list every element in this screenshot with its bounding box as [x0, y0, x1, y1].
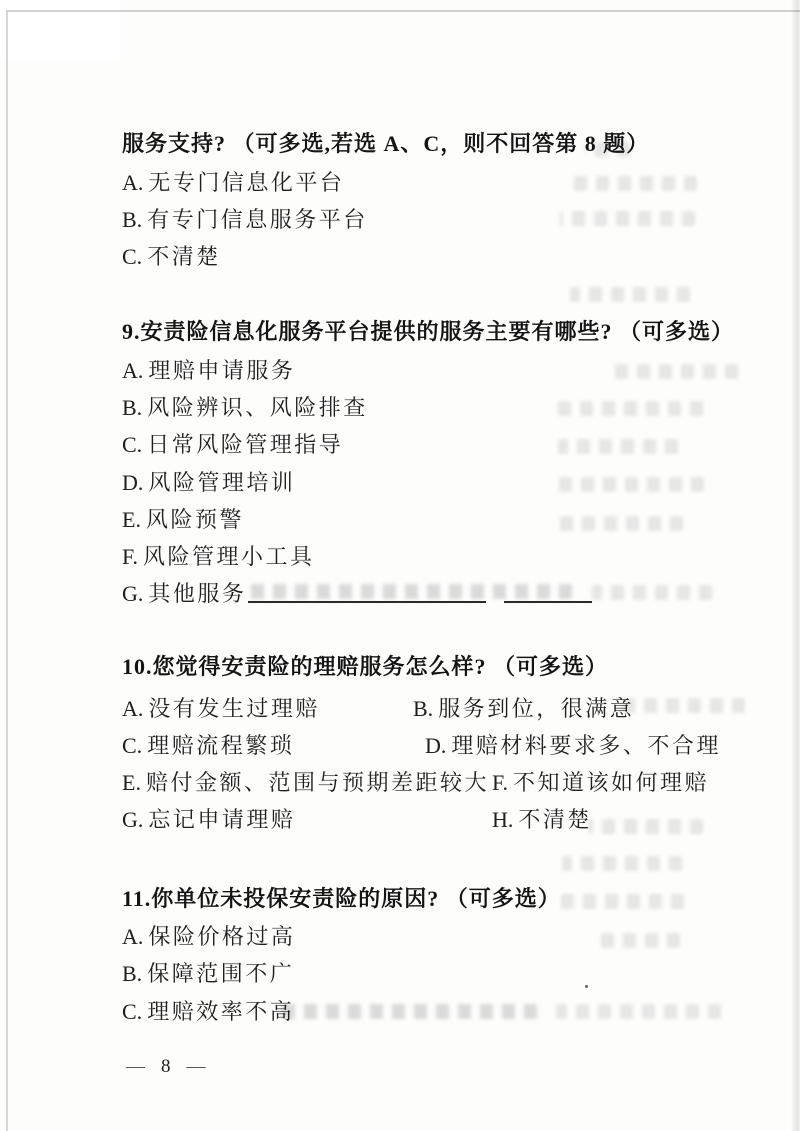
- option-label: B.: [413, 696, 433, 721]
- option-text: 风险管理小工具: [143, 544, 315, 569]
- q9-option-b: B.风险辨识、风险排查: [122, 395, 368, 420]
- option-label: C.: [122, 244, 142, 269]
- option-text: 有专门信息服务平台: [147, 207, 368, 232]
- option-label: D.: [122, 470, 143, 495]
- option-text: 风险管理培训: [148, 470, 295, 495]
- fill-in-blank-line: [248, 598, 486, 603]
- scanned-questionnaire-page: 服务支持? （可多选,若选 A、C，则不回答第 8 题） A.无专门信息化平台 …: [0, 0, 800, 1131]
- bleed-through-artifact: [598, 933, 680, 948]
- option-text: 不清楚: [147, 244, 221, 269]
- option-label: A.: [122, 358, 143, 383]
- option-text: 风险预警: [146, 507, 244, 532]
- option-text: 没有发生过理赔: [148, 696, 320, 721]
- page-number-footer: —8—: [126, 1056, 206, 1078]
- option-text: 保障范围不广: [147, 961, 294, 986]
- q9-option-g: G.其他服务: [122, 581, 592, 606]
- option-text: 理赔材料要求多、不合理: [451, 733, 721, 758]
- option-label: C.: [122, 733, 142, 758]
- bleed-through-artifact: [282, 1004, 537, 1019]
- q9-option-a: A.理赔申请服务: [122, 358, 295, 383]
- bleed-through-artifact: [558, 401, 703, 416]
- option-label: B.: [122, 395, 142, 420]
- option-label: G.: [122, 807, 143, 832]
- fill-in-blank-line: [504, 598, 592, 603]
- option-text: 理赔流程繁琐: [147, 733, 294, 758]
- option-text: 不知道该如何理赔: [513, 770, 709, 795]
- q10-option-a: A.没有发生过理赔: [122, 696, 320, 721]
- question-10-title: 10.您觉得安责险的理赔服务怎么样? （可多选）: [122, 654, 608, 679]
- q10-option-c: C.理赔流程繁琐: [122, 733, 294, 758]
- bleed-through-artifact: [592, 585, 712, 600]
- option-label: F.: [122, 544, 138, 569]
- q11-option-b: B.保障范围不广: [122, 961, 294, 986]
- bleed-through-artifact: [558, 516, 683, 531]
- q10-option-b: B.服务到位，很满意: [413, 696, 634, 721]
- footer-dash-left: —: [126, 1056, 145, 1078]
- scan-speck: [585, 985, 588, 988]
- option-text: 日常风险管理指导: [147, 432, 343, 457]
- bleed-through-artifact: [554, 477, 704, 492]
- option-label: A.: [122, 924, 143, 949]
- bleed-through-artifact: [560, 211, 695, 226]
- q8-option-c: C.不清楚: [122, 244, 221, 269]
- option-label: F.: [492, 770, 508, 795]
- option-label: B.: [122, 961, 142, 986]
- scan-edge-left: [6, 10, 8, 1131]
- bleed-through-artifact: [556, 894, 684, 909]
- scan-corner-highlight: [0, 0, 120, 60]
- option-label: A.: [122, 696, 143, 721]
- q10-option-g: G.忘记申请理赔: [122, 807, 295, 832]
- bleed-through-artifact: [556, 1004, 721, 1019]
- option-label: C.: [122, 432, 142, 457]
- q8-option-a: A.无专门信息化平台: [122, 170, 344, 195]
- option-label: B.: [122, 207, 142, 232]
- option-text: 理赔效率不高: [147, 999, 294, 1024]
- option-label: C.: [122, 999, 142, 1024]
- question-11-title: 11.你单位未投保安责险的原因? （可多选）: [122, 886, 561, 911]
- option-label: E.: [122, 770, 141, 795]
- option-text: 服务到位，很满意: [438, 696, 634, 721]
- scan-edge-right: [791, 0, 800, 1131]
- option-text: 无专门信息化平台: [148, 170, 344, 195]
- option-label: H.: [492, 807, 513, 832]
- bleed-through-artifact: [558, 439, 678, 454]
- q10-option-f: F.不知道该如何理赔: [492, 770, 709, 795]
- question-9-title: 9.安责险信息化服务平台提供的服务主要有哪些? （可多选）: [122, 319, 734, 344]
- option-text: 保险价格过高: [148, 924, 295, 949]
- bleed-through-artifact: [570, 287, 690, 302]
- bleed-through-artifact: [615, 698, 745, 713]
- option-text: 其他服务: [148, 581, 246, 606]
- q11-option-a: A.保险价格过高: [122, 924, 295, 949]
- bleed-through-artifact: [562, 856, 682, 871]
- option-text: 不清楚: [518, 807, 592, 832]
- q10-option-e: E.赔付金额、范围与预期差距较大: [122, 770, 489, 795]
- option-label: G.: [122, 581, 143, 606]
- bleed-through-artifact: [610, 364, 738, 379]
- q10-option-h: H.不清楚: [492, 807, 592, 832]
- scan-edge-top: [6, 10, 800, 12]
- page-number: 8: [161, 1056, 171, 1078]
- q9-option-e: E.风险预警: [122, 507, 244, 532]
- option-label: A.: [122, 170, 143, 195]
- option-text: 风险辨识、风险排查: [147, 395, 368, 420]
- option-text: 理赔申请服务: [148, 358, 295, 383]
- question-8-title-continued: 服务支持? （可多选,若选 A、C，则不回答第 8 题）: [122, 131, 649, 156]
- q8-option-b: B.有专门信息服务平台: [122, 207, 368, 232]
- option-text: 忘记申请理赔: [148, 807, 295, 832]
- footer-dash-right: —: [187, 1056, 206, 1078]
- option-label: D.: [425, 733, 446, 758]
- q10-option-d: D.理赔材料要求多、不合理: [425, 733, 721, 758]
- option-text: 赔付金额、范围与预期差距较大: [146, 770, 489, 795]
- q11-option-c: C.理赔效率不高: [122, 999, 294, 1024]
- q9-option-c: C.日常风险管理指导: [122, 432, 343, 457]
- bleed-through-artifact: [572, 176, 697, 191]
- q9-option-f: F.风险管理小工具: [122, 544, 315, 569]
- q9-option-d: D.风险管理培训: [122, 470, 295, 495]
- bleed-through-artifact: [588, 819, 703, 834]
- option-label: E.: [122, 507, 141, 532]
